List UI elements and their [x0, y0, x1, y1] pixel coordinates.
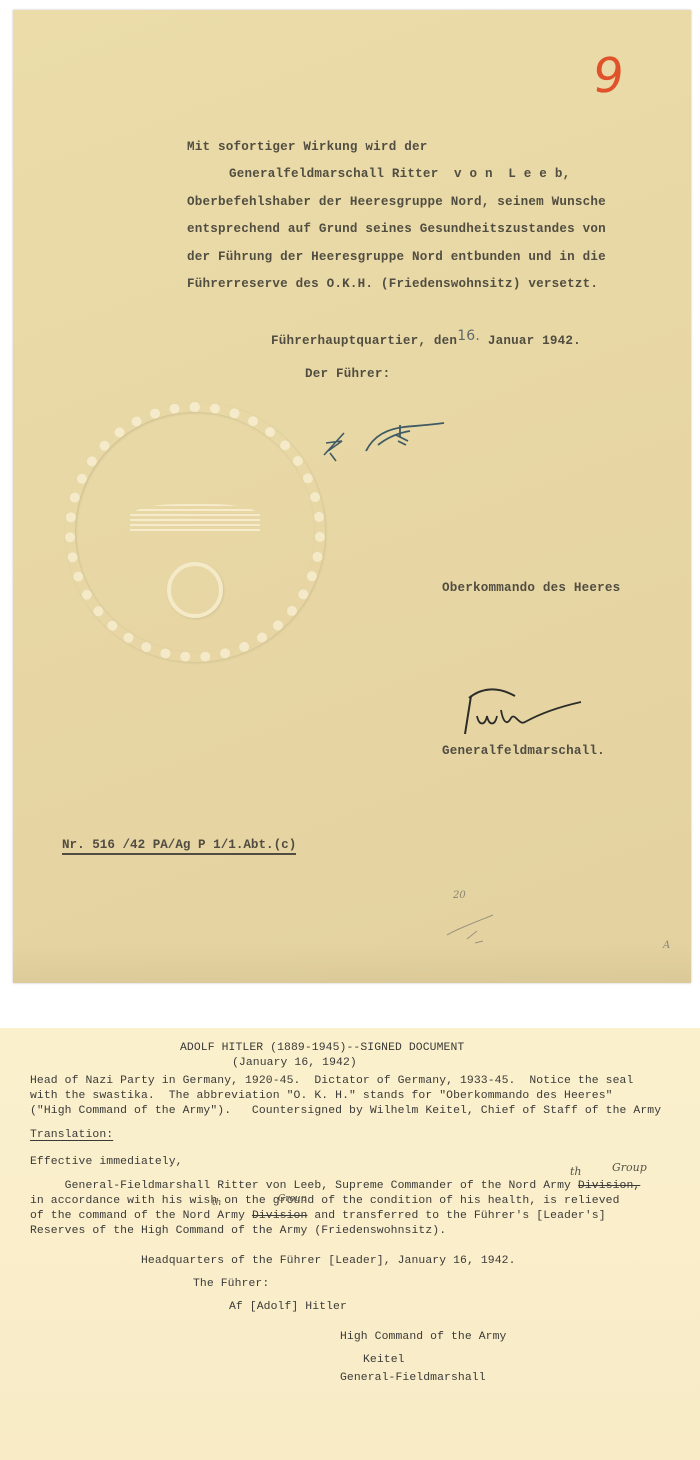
correction-th-1: th: [570, 1165, 582, 1178]
translation-page: ADOLF HITLER (1889-1945)--SIGNED DOCUMEN…: [0, 1028, 700, 1460]
seal-wing-relief: [130, 504, 260, 534]
paragraph-line-1: General-Fieldmarshall Ritter von Leeb, S…: [30, 1180, 640, 1192]
body-line-3: Oberbefehlshaber der Heeresgruppe Nord, …: [187, 195, 606, 209]
fuhrer-label: The Führer:: [193, 1278, 269, 1290]
signatory-title: Der Führer:: [305, 367, 390, 381]
translation-heading: Translation:: [30, 1129, 113, 1141]
reference-number: Nr. 516 /42 PA/Ag P 1/1.Abt.(c): [62, 838, 296, 855]
description-line-2: with the swastika. The abbreviation "O. …: [30, 1090, 613, 1102]
translation-opening: Effective immediately,: [30, 1156, 183, 1168]
paragraph-line-3-suffix: and transferred to the Führer's [Leader'…: [307, 1210, 605, 1222]
paragraph-line-1-text: General-Fieldmarshall Ritter von Leeb, S…: [30, 1180, 578, 1192]
body-line-1: Mit sofortiger Wirkung wird der: [187, 140, 427, 154]
original-document-sheet: 9 Mit sofortiger Wirkung wird der Genera…: [13, 10, 691, 983]
hq-line: Headquarters of the Führer [Leader], Jan…: [141, 1255, 516, 1267]
translation-date: (January 16, 1942): [232, 1057, 357, 1069]
correction-group-2: Group: [278, 1194, 306, 1204]
paragraph-line-2: in accordance with his wish on the groun…: [30, 1195, 620, 1207]
struck-division-1: Division,: [578, 1180, 640, 1192]
body-line-6: Führerreserve des O.K.H. (Friedenswohnsi…: [187, 277, 598, 291]
countersignature: [453, 682, 593, 742]
body-line-4: entsprechend auf Grund seines Gesundheit…: [187, 222, 606, 236]
countersign-rank: Generalfeldmarschall.: [442, 744, 605, 758]
signature-mark-1: [318, 415, 458, 465]
place-date-prefix: Führerhauptquartier, den: [271, 334, 457, 348]
embossed-seal: [65, 402, 325, 662]
description-line-1: Head of Nazi Party in Germany, 1920-45. …: [30, 1075, 633, 1087]
correction-th-2: th: [212, 1198, 221, 1208]
pencil-note-a: A: [663, 940, 670, 951]
countersign-org: Oberkommando des Heeres: [442, 581, 620, 595]
handwritten-day: 16.: [457, 328, 480, 344]
translation-countersign-name: Keitel: [363, 1354, 405, 1366]
place-date: Führerhauptquartier, den16. Januar 1942.: [271, 332, 581, 348]
place-date-suffix: Januar 1942.: [488, 334, 581, 348]
body-line-2: Generalfeldmarschall Ritter v o n L e e …: [229, 167, 570, 181]
description-line-3: ("High Command of the Army"). Countersig…: [30, 1105, 661, 1117]
struck-division-2: Division: [252, 1210, 307, 1222]
pencil-note-20: 20: [453, 890, 466, 901]
paragraph-line-3: of the command of the Nord Army Division…: [30, 1210, 606, 1222]
paragraph-line-4: Reserves of the High Command of the Army…: [30, 1225, 446, 1237]
correction-group-1: Group: [612, 1161, 647, 1174]
body-line-5: der Führung der Heeresgruppe Nord entbun…: [187, 250, 606, 264]
translation-title: ADOLF HITLER (1889-1945)--SIGNED DOCUMEN…: [180, 1042, 464, 1054]
paragraph-line-3-prefix: of the command of the Nord Army: [30, 1210, 252, 1222]
translation-countersign-rank: General-Fieldmarshall: [340, 1372, 486, 1384]
folio-number: 9: [590, 48, 626, 104]
signature-transcription: Af [Adolf] Hitler: [229, 1301, 347, 1313]
pencil-scribble: [443, 905, 513, 945]
translation-countersign-org: High Command of the Army: [340, 1331, 506, 1343]
seal-disc-relief: [167, 562, 223, 618]
